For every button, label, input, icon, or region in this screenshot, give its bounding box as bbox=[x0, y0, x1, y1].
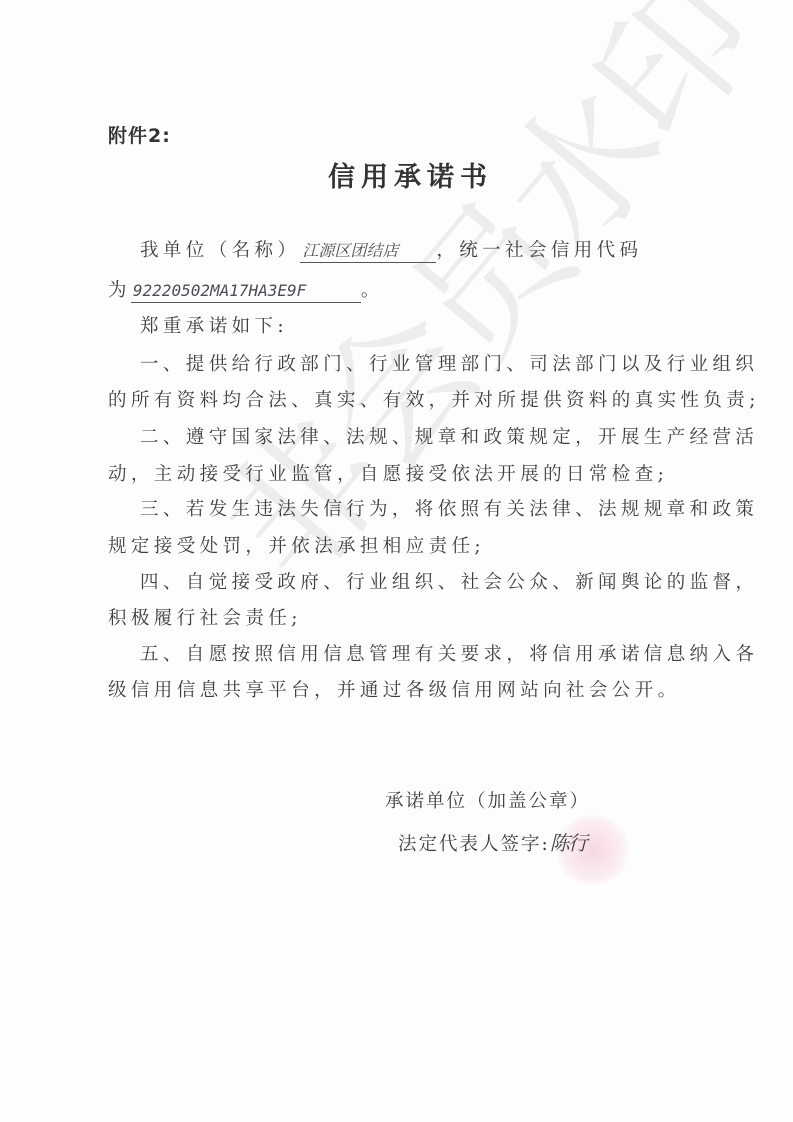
company-name-field: 江源区团结店 bbox=[300, 240, 436, 263]
intro-line-1: 我单位（名称）江源区团结店，统一社会信用代码 bbox=[140, 239, 642, 263]
commitment-3-line-1: 三、若发生违法失信行为，将依照有关法律、法规规章和政策 bbox=[140, 498, 758, 522]
intro-middle: ，统一社会信用代码 bbox=[436, 240, 642, 261]
document-page: 非会员水印 附件2: 信用承诺书 我单位（名称）江源区团结店，统一社会信用代码 … bbox=[0, 0, 793, 1122]
legal-rep-line: 法定代表人签字:陈行 bbox=[398, 831, 586, 857]
attachment-label: 附件2: bbox=[108, 124, 171, 148]
watermark: 非会员水印 bbox=[165, 0, 793, 619]
intro-suffix: 。 bbox=[361, 280, 384, 301]
commitment-2-line-1: 二、遵守国家法律、法规、规章和政策规定，开展生产经营活 bbox=[140, 426, 758, 450]
commitment-5-line-1: 五、自愿按照信用信息管理有关要求，将信用承诺信息纳入各 bbox=[140, 643, 758, 667]
commitment-4-line-1: 四、自觉接受政府、行业组织、社会公众、新闻舆论的监督， bbox=[140, 571, 758, 595]
legal-rep-label: 法定代表人签字: bbox=[398, 834, 550, 855]
commitment-2-line-2: 动，主动接受行业监管，自愿接受依法开展的日常检查; bbox=[108, 463, 668, 487]
page-title: 信用承诺书 bbox=[328, 166, 493, 190]
commitment-5-line-2: 级信用信息共享平台，并通过各级信用网站向社会公开。 bbox=[108, 679, 681, 703]
commitment-1-line-1: 一、提供给行政部门、行业管理部门、司法部门以及行业组织 bbox=[140, 353, 758, 377]
commitment-4-line-2: 积极履行社会责任; bbox=[108, 607, 302, 631]
commitment-3-line-2: 规定接受处罚，并依法承担相应责任; bbox=[108, 535, 485, 559]
intro-line-2: 为92220502MA17HA3E9F。 bbox=[108, 279, 384, 303]
credit-code-field: 92220502MA17HA3E9F bbox=[131, 280, 361, 303]
intro-prefix: 我单位（名称） bbox=[140, 240, 300, 261]
signing-unit-label: 承诺单位（加盖公章） bbox=[385, 790, 590, 814]
legal-rep-signature: 陈行 bbox=[550, 831, 586, 855]
pledge-heading: 郑重承诺如下: bbox=[140, 315, 288, 339]
code-prefix: 为 bbox=[108, 280, 131, 301]
commitment-1-line-2: 的所有资料均合法、真实、有效，并对所提供资料的真实性负责; bbox=[108, 389, 760, 413]
